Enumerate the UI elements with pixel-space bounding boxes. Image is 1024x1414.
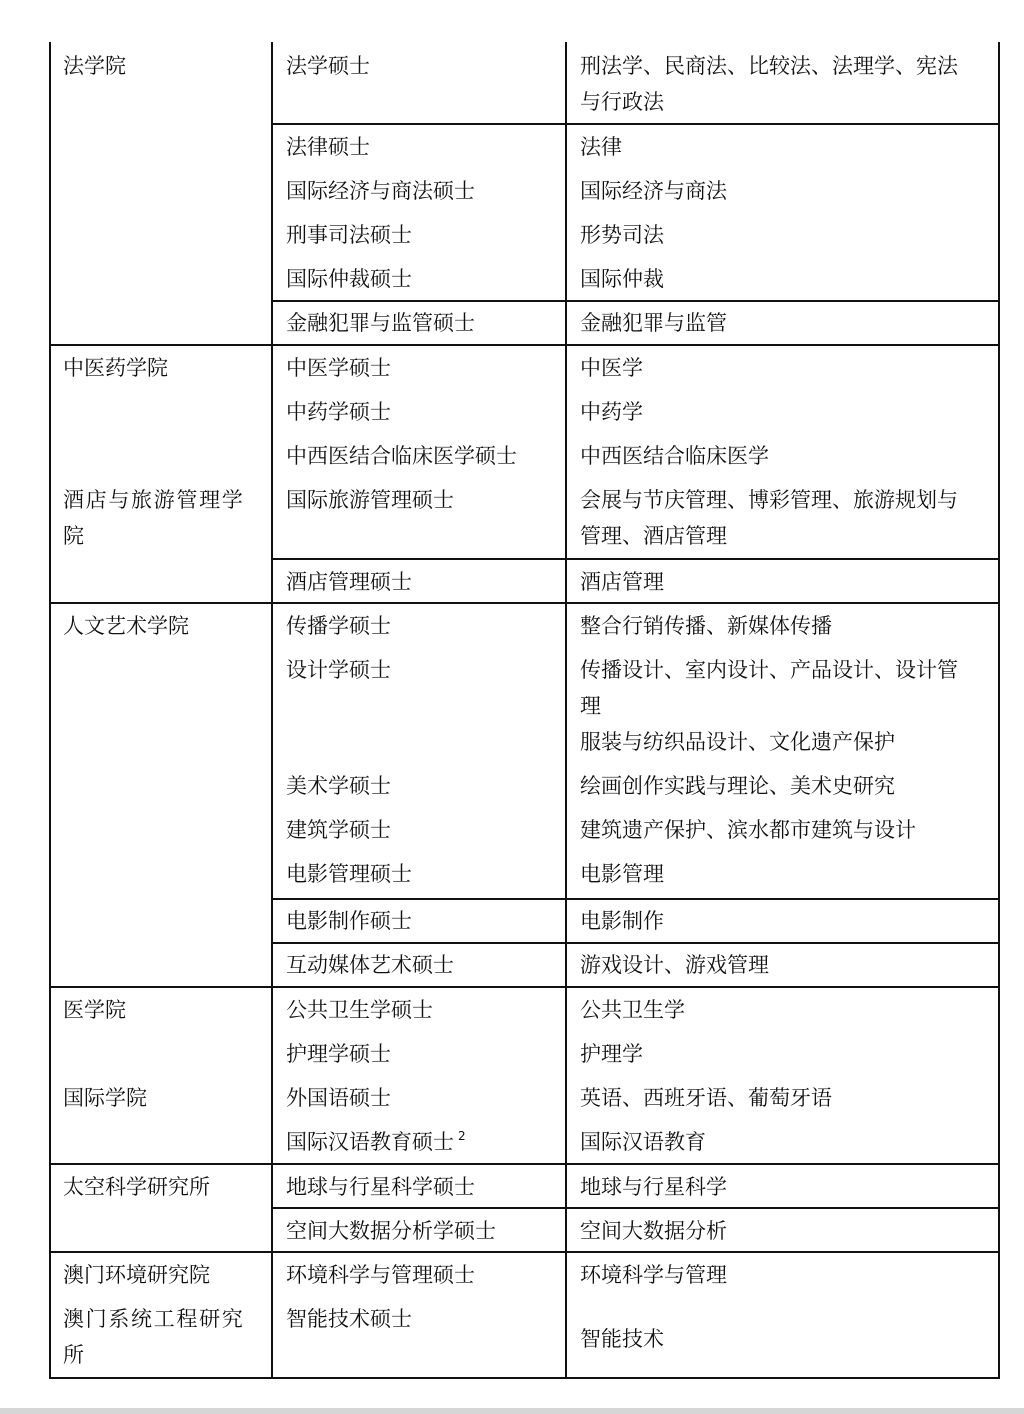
major-name: 绘画创作实践与理论、美术史研究 [580, 764, 980, 808]
major-name: 酒店管理 [580, 560, 980, 604]
degree-name: 中药学硕士 [286, 390, 561, 434]
faculty-cell: 太空科学研究所 [63, 1165, 263, 1209]
faculty-name: 国际学院 [63, 1076, 263, 1120]
page-bottom-bar [0, 1408, 1024, 1414]
degree-name: 中西医结合临床医学硕士 [286, 434, 561, 478]
degree-cell: 电影制作硕士 [286, 899, 561, 943]
major-name: 中医学 [580, 346, 980, 390]
column-divider-2 [565, 42, 567, 1378]
degree-name: 国际仲裁硕士 [286, 257, 561, 301]
major-cell: 法律 国际经济与商法 形势司法 国际仲裁 [580, 125, 980, 301]
faculty-name: 酒店与旅游管理学 [63, 478, 263, 522]
major-cell: 整合行销传播、新媒体传播 传播设计、室内设计、产品设计、设计管 理 服装与纺织品… [580, 604, 980, 896]
major-name: 电影管理 [580, 852, 980, 896]
degree-name: 美术学硕士 [286, 764, 561, 808]
degree-name-with-footnote: 国际汉语教育硕士2 [286, 1120, 561, 1164]
major-name: 传播设计、室内设计、产品设计、设计管 [580, 648, 980, 692]
degree-cell: 公共卫生学硕士 护理学硕士 外国语硕士 国际汉语教育硕士2 [286, 988, 561, 1164]
major-name: 服装与纺织品设计、文化遗产保护 [580, 720, 980, 764]
major-name: 形势司法 [580, 213, 980, 257]
spacer [286, 720, 561, 764]
spacer [63, 1032, 263, 1076]
degree-cell: 酒店管理硕士 [286, 560, 561, 604]
column-divider-1 [271, 42, 273, 1378]
major-name: 金融犯罪与监管 [580, 301, 980, 345]
spacer [63, 434, 263, 478]
degree-name: 建筑学硕士 [286, 808, 561, 852]
degree-name: 互动媒体艺术硕士 [286, 943, 561, 987]
table-border-right [998, 42, 1000, 1378]
degree-cell: 金融犯罪与监管硕士 [286, 301, 561, 345]
footnote-marker: 2 [458, 1129, 466, 1143]
major-name: 整合行销传播、新媒体传播 [580, 604, 980, 648]
degree-cell: 空间大数据分析学硕士 [286, 1209, 561, 1253]
degree-name: 酒店管理硕士 [286, 560, 561, 604]
degree-name: 公共卫生学硕士 [286, 988, 561, 1032]
faculty-cell: 法学院 [63, 44, 263, 88]
degree-name: 法律硕士 [286, 125, 561, 169]
faculty-cell: 人文艺术学院 [63, 604, 263, 648]
major-name: 中西医结合临床医学 [580, 434, 980, 478]
degree-name: 护理学硕士 [286, 1032, 561, 1076]
major-name: 建筑遗产保护、滨水都市建筑与设计 [580, 808, 980, 852]
major-cell: 电影制作 [580, 899, 980, 943]
major-name: 英语、西班牙语、葡萄牙语 [580, 1076, 980, 1120]
major-cell: 酒店管理 [580, 560, 980, 604]
major-name: 国际汉语教育 [580, 1120, 980, 1164]
major-name: 电影制作 [580, 899, 980, 943]
major-name: 国际仲裁 [580, 257, 980, 301]
degree-name: 智能技术硕士 [286, 1297, 561, 1341]
degree-name: 外国语硕士 [286, 1076, 561, 1120]
faculty-name: 人文艺术学院 [63, 604, 263, 648]
major-cell: 环境科学与管理 智能技术 [580, 1253, 980, 1361]
major-cell: 中医学 中药学 中西医结合临床医学 会展与节庆管理、博彩管理、旅游规划与 管理、… [580, 346, 980, 558]
major-cell: 游戏设计、游戏管理 [580, 943, 980, 987]
faculty-name: 澳门环境研究院 [63, 1253, 263, 1297]
faculty-name: 医学院 [63, 988, 263, 1032]
major-cell: 空间大数据分析 [580, 1209, 980, 1253]
degree-name: 中医学硕士 [286, 346, 561, 390]
degree-name: 传播学硕士 [286, 604, 561, 648]
degree-name: 地球与行星科学硕士 [286, 1165, 561, 1209]
faculty-name: 法学院 [63, 44, 263, 88]
major-cell: 刑法学、民商法、比较法、法理学、宪法 与行政法 [580, 44, 980, 124]
faculty-cell: 中医药学院 酒店与旅游管理学 院 [63, 346, 263, 558]
spacer [580, 1297, 980, 1317]
faculty-cell: 澳门环境研究院 澳门系统工程研究 所 [63, 1253, 263, 1377]
degree-name: 环境科学与管理硕士 [286, 1253, 561, 1297]
degree-cell: 互动媒体艺术硕士 [286, 943, 561, 987]
major-cell: 地球与行星科学 [580, 1165, 980, 1209]
major-name: 法律 [580, 125, 980, 169]
major-name: 智能技术 [580, 1317, 980, 1361]
degree-name: 国际经济与商法硕士 [286, 169, 561, 213]
degree-name: 电影制作硕士 [286, 899, 561, 943]
faculty-name: 中医药学院 [63, 346, 263, 390]
faculty-cell: 医学院 国际学院 [63, 988, 263, 1120]
table-border-bottom [49, 1377, 1000, 1379]
table-border-left [49, 42, 51, 1378]
degree-name: 电影管理硕士 [286, 852, 561, 896]
major-name: 地球与行星科学 [580, 1165, 980, 1209]
major-name: 环境科学与管理 [580, 1253, 980, 1297]
faculty-name: 太空科学研究所 [63, 1165, 263, 1209]
degree-cell: 中医学硕士 中药学硕士 中西医结合临床医学硕士 国际旅游管理硕士 [286, 346, 561, 522]
degree-name: 国际汉语教育硕士 [286, 1130, 454, 1154]
degree-cell: 传播学硕士 设计学硕士 美术学硕士 建筑学硕士 电影管理硕士 [286, 604, 561, 896]
major-name: 公共卫生学 [580, 988, 980, 1032]
major-name: 中药学 [580, 390, 980, 434]
major-name: 游戏设计、游戏管理 [580, 943, 980, 987]
degree-name: 金融犯罪与监管硕士 [286, 301, 561, 345]
faculty-name: 澳门系统工程研究 [63, 1297, 263, 1341]
degree-name: 国际旅游管理硕士 [286, 478, 561, 522]
major-cell: 金融犯罪与监管 [580, 301, 980, 345]
degree-name: 刑事司法硕士 [286, 213, 561, 257]
major-name: 空间大数据分析 [580, 1209, 980, 1253]
major-name: 护理学 [580, 1032, 980, 1076]
degree-cell: 环境科学与管理硕士 智能技术硕士 [286, 1253, 561, 1341]
degree-name: 法学硕士 [286, 44, 561, 88]
degree-cell: 地球与行星科学硕士 [286, 1165, 561, 1209]
degree-cell: 法学硕士 [286, 44, 561, 88]
degree-name: 空间大数据分析学硕士 [286, 1209, 561, 1253]
degree-cell: 法律硕士 国际经济与商法硕士 刑事司法硕士 国际仲裁硕士 [286, 125, 561, 301]
major-cell: 公共卫生学 护理学 英语、西班牙语、葡萄牙语 国际汉语教育 [580, 988, 980, 1164]
spacer [63, 390, 263, 434]
major-name: 国际经济与商法 [580, 169, 980, 213]
